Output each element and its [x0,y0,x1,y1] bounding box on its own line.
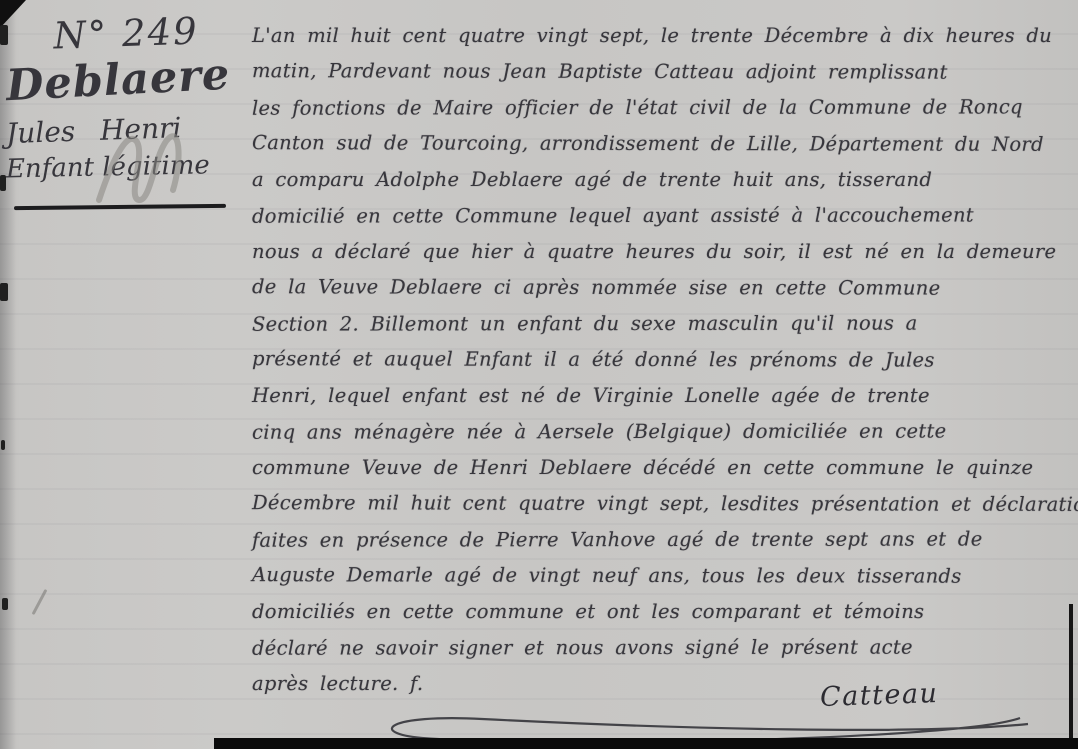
manuscript-line: faites en présence de Pierre Vanhove agé… [252,521,1064,558]
manuscript-line: Canton sud de Tourcoing, arrondissement … [252,125,1064,163]
edge-speck-artifact [0,175,6,191]
manuscript-line: a comparu Adolphe Deblaere agé de trente… [252,162,1064,198]
margin-surname: Deblaere [5,49,247,111]
manuscript-line: L'an mil huit cent quatre vingt sept, le… [252,18,1064,54]
edge-speck-artifact [1,440,5,450]
manuscript-line: Auguste Demarle agé de vingt neuf ans, t… [252,557,1064,595]
manuscript-line: déclaré ne savoir signer et nous avons s… [252,629,1064,666]
manuscript-line: Henri, lequel enfant est né de Virginie … [252,378,1064,414]
bottom-scan-bar-artifact [214,738,1078,749]
manuscript-line: domicilié en cette Commune lequel ayant … [252,197,1064,234]
edge-speck-artifact [0,283,8,301]
act-body: L'an mil huit cent quatre vingt sept, le… [252,18,1064,702]
edge-speck-artifact [2,598,8,610]
manuscript-line: nous a déclaré que hier à quatre heures … [252,234,1064,270]
edge-speck-artifact [0,25,8,45]
manuscript-line: matin, Pardevant nous Jean Baptiste Catt… [252,53,1064,91]
scanned-document: N° 249 Deblaere Jules Henri Enfant légit… [0,0,1078,749]
manuscript-line: de la Veuve Deblaere ci après nommée sis… [252,269,1064,307]
manuscript-line: commune Veuve de Henri Deblaere décédé e… [252,450,1064,486]
manuscript-line: Section 2. Billemont un enfant du sexe m… [252,305,1064,342]
manuscript-line: les fonctions de Maire officier de l'éta… [252,89,1064,126]
manuscript-line: présenté et auquel Enfant il a été donné… [252,341,1064,379]
manuscript-line: après lecture. f. [252,666,1064,702]
pencil-scribble [85,112,205,212]
manuscript-line: Décembre mil huit cent quatre vingt sept… [252,485,1064,523]
manuscript-line: cinq ans ménagère née à Aersele (Belgiqu… [252,413,1064,450]
pencil-dash-artifact [32,589,48,615]
right-scan-line-artifact [1069,604,1073,749]
manuscript-line: domiciliés en cette commune et ont les c… [252,594,1064,630]
